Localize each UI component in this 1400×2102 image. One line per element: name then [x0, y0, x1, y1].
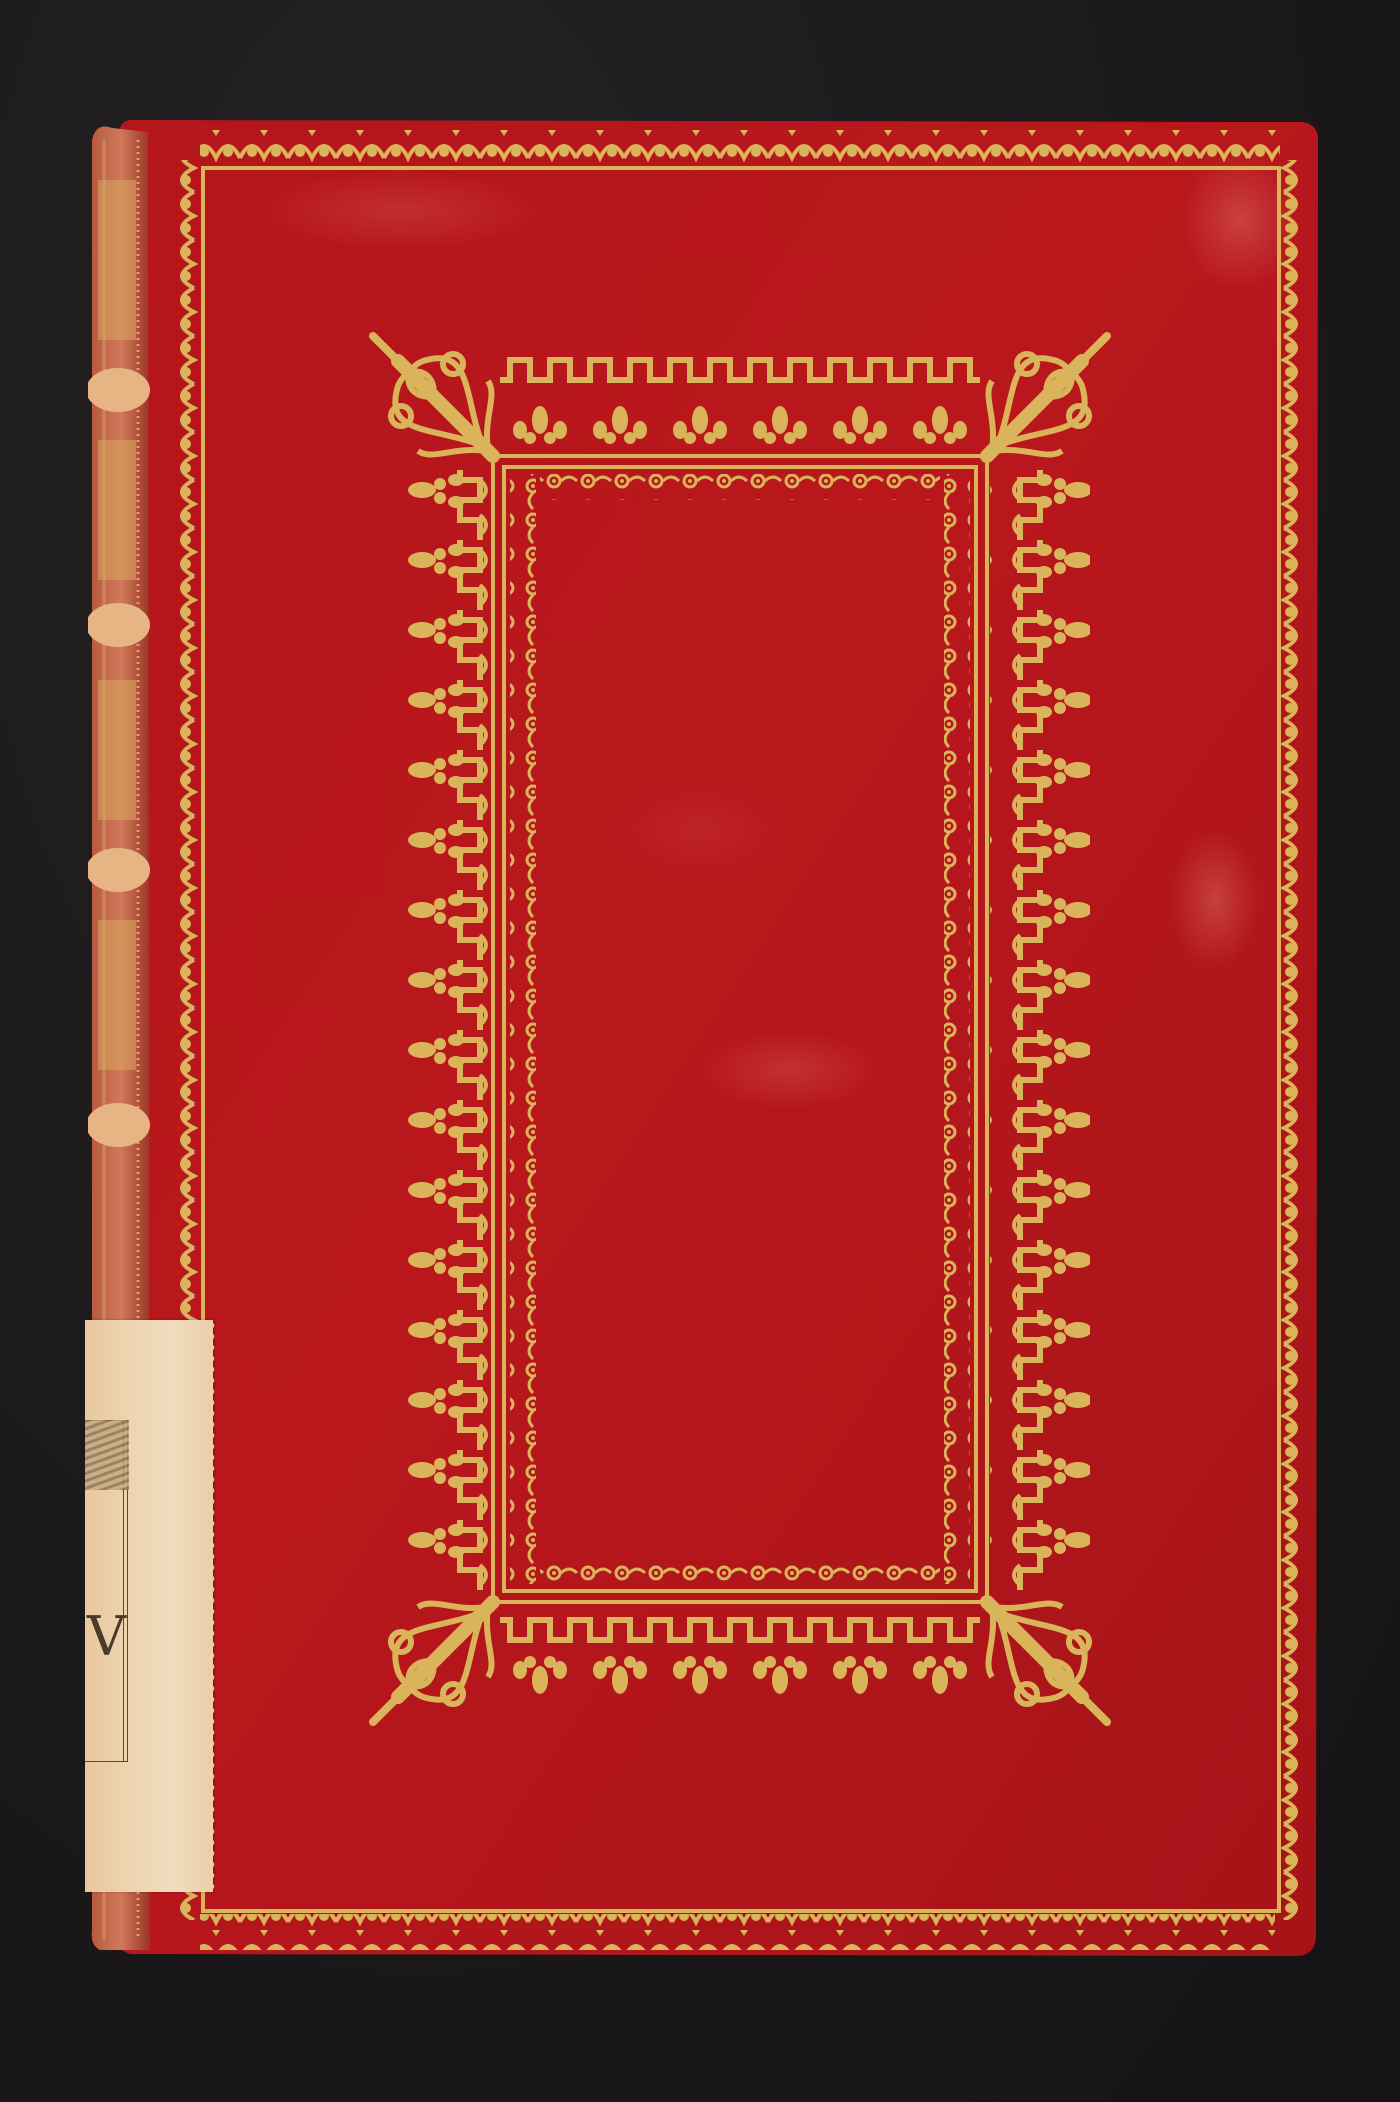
book-cover [88, 120, 1318, 1956]
label-shelf-mark: V [87, 1610, 126, 1664]
photo-stage: V [0, 0, 1400, 2102]
bottom-fleuron-band [500, 1600, 980, 1700]
label-printed-ornament [85, 1420, 129, 1490]
left-fleuron-band [390, 470, 490, 1590]
top-fleuron-band [500, 355, 980, 455]
center-panel [540, 500, 940, 1558]
label-perforated-edge [211, 1320, 219, 1892]
right-roll-border [1278, 160, 1314, 1920]
right-fleuron-band [990, 470, 1090, 1590]
bottom-roll-border [200, 1914, 1275, 1950]
shelf-label: V [85, 1320, 213, 1892]
top-roll-border [200, 128, 1280, 164]
